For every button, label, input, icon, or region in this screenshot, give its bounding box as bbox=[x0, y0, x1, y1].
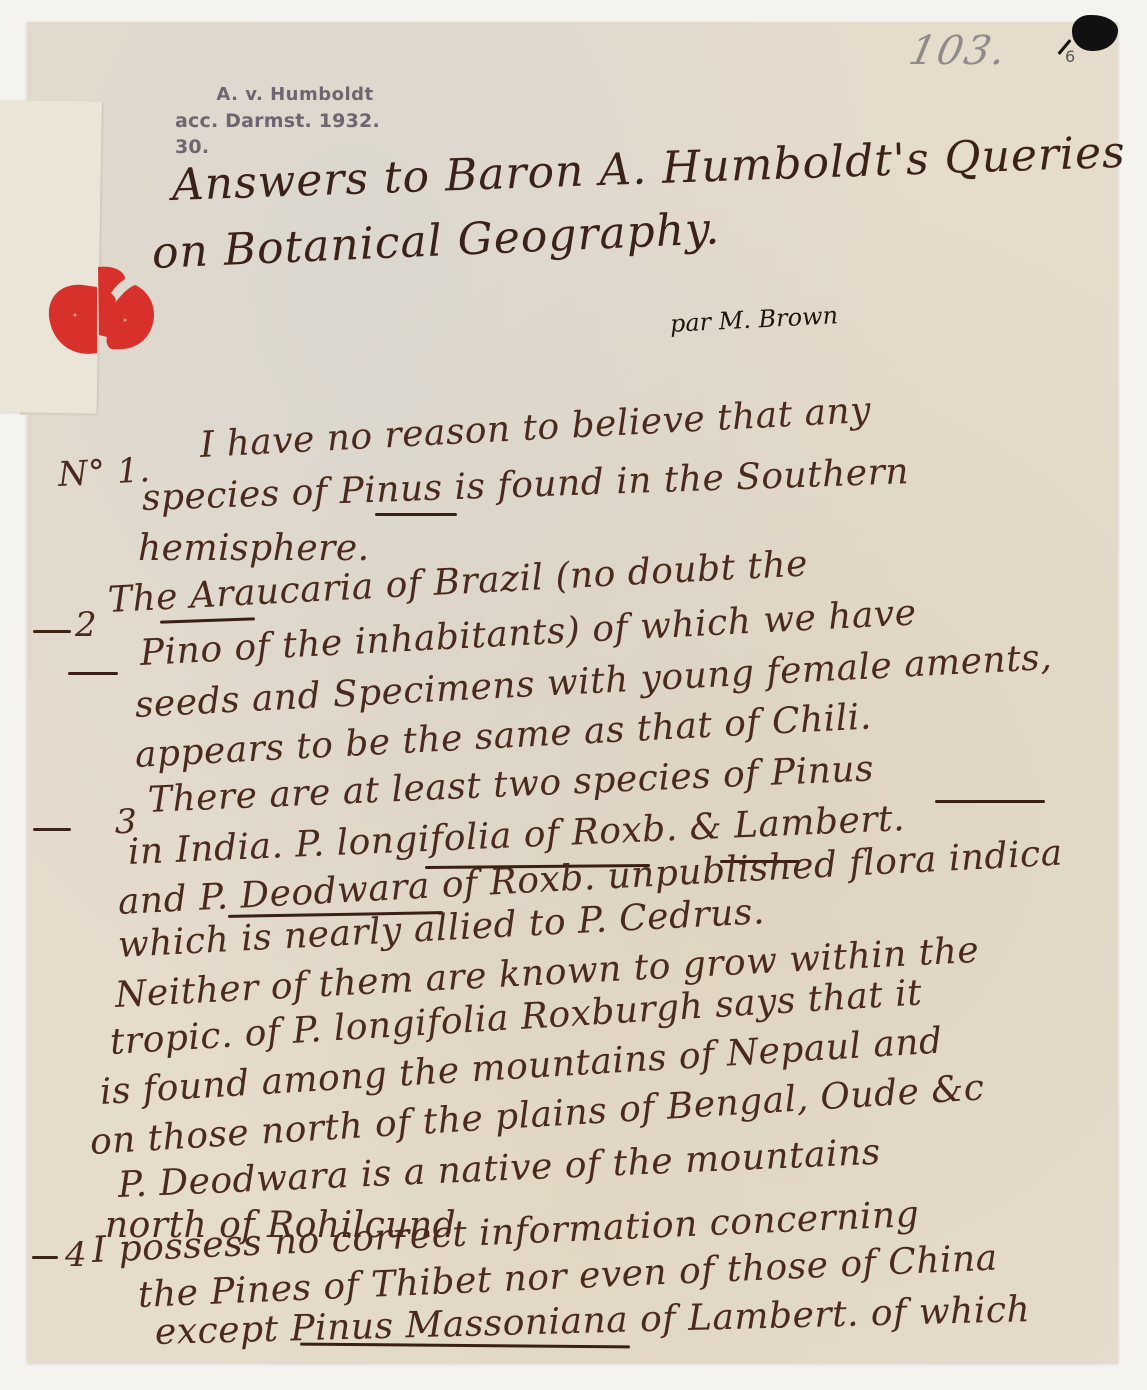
answer-2-marker: 2 bbox=[75, 605, 97, 645]
answer-4-dash bbox=[32, 1256, 58, 1259]
underline-pinus bbox=[375, 513, 457, 516]
folio-number: 103. bbox=[905, 28, 1012, 74]
answer-1-line-3: hemisphere. bbox=[138, 528, 370, 569]
red-wax-seal bbox=[45, 265, 157, 357]
underline-pino bbox=[68, 672, 118, 675]
answer-1-marker: N° 1. bbox=[57, 450, 151, 495]
archive-stamp: A. v. Humboldt acc. Darmst. 1932. 30. bbox=[175, 82, 405, 160]
answer-4-marker: 4 bbox=[65, 1235, 87, 1275]
underline-pinus-2 bbox=[935, 800, 1045, 803]
answer-2-dash bbox=[33, 630, 71, 633]
stamp-collection: A. v. Humboldt bbox=[175, 82, 405, 108]
folio-subnumber: 6 bbox=[1065, 47, 1075, 66]
attached-paper-slip bbox=[0, 100, 102, 414]
answer-3-dash bbox=[33, 828, 71, 831]
